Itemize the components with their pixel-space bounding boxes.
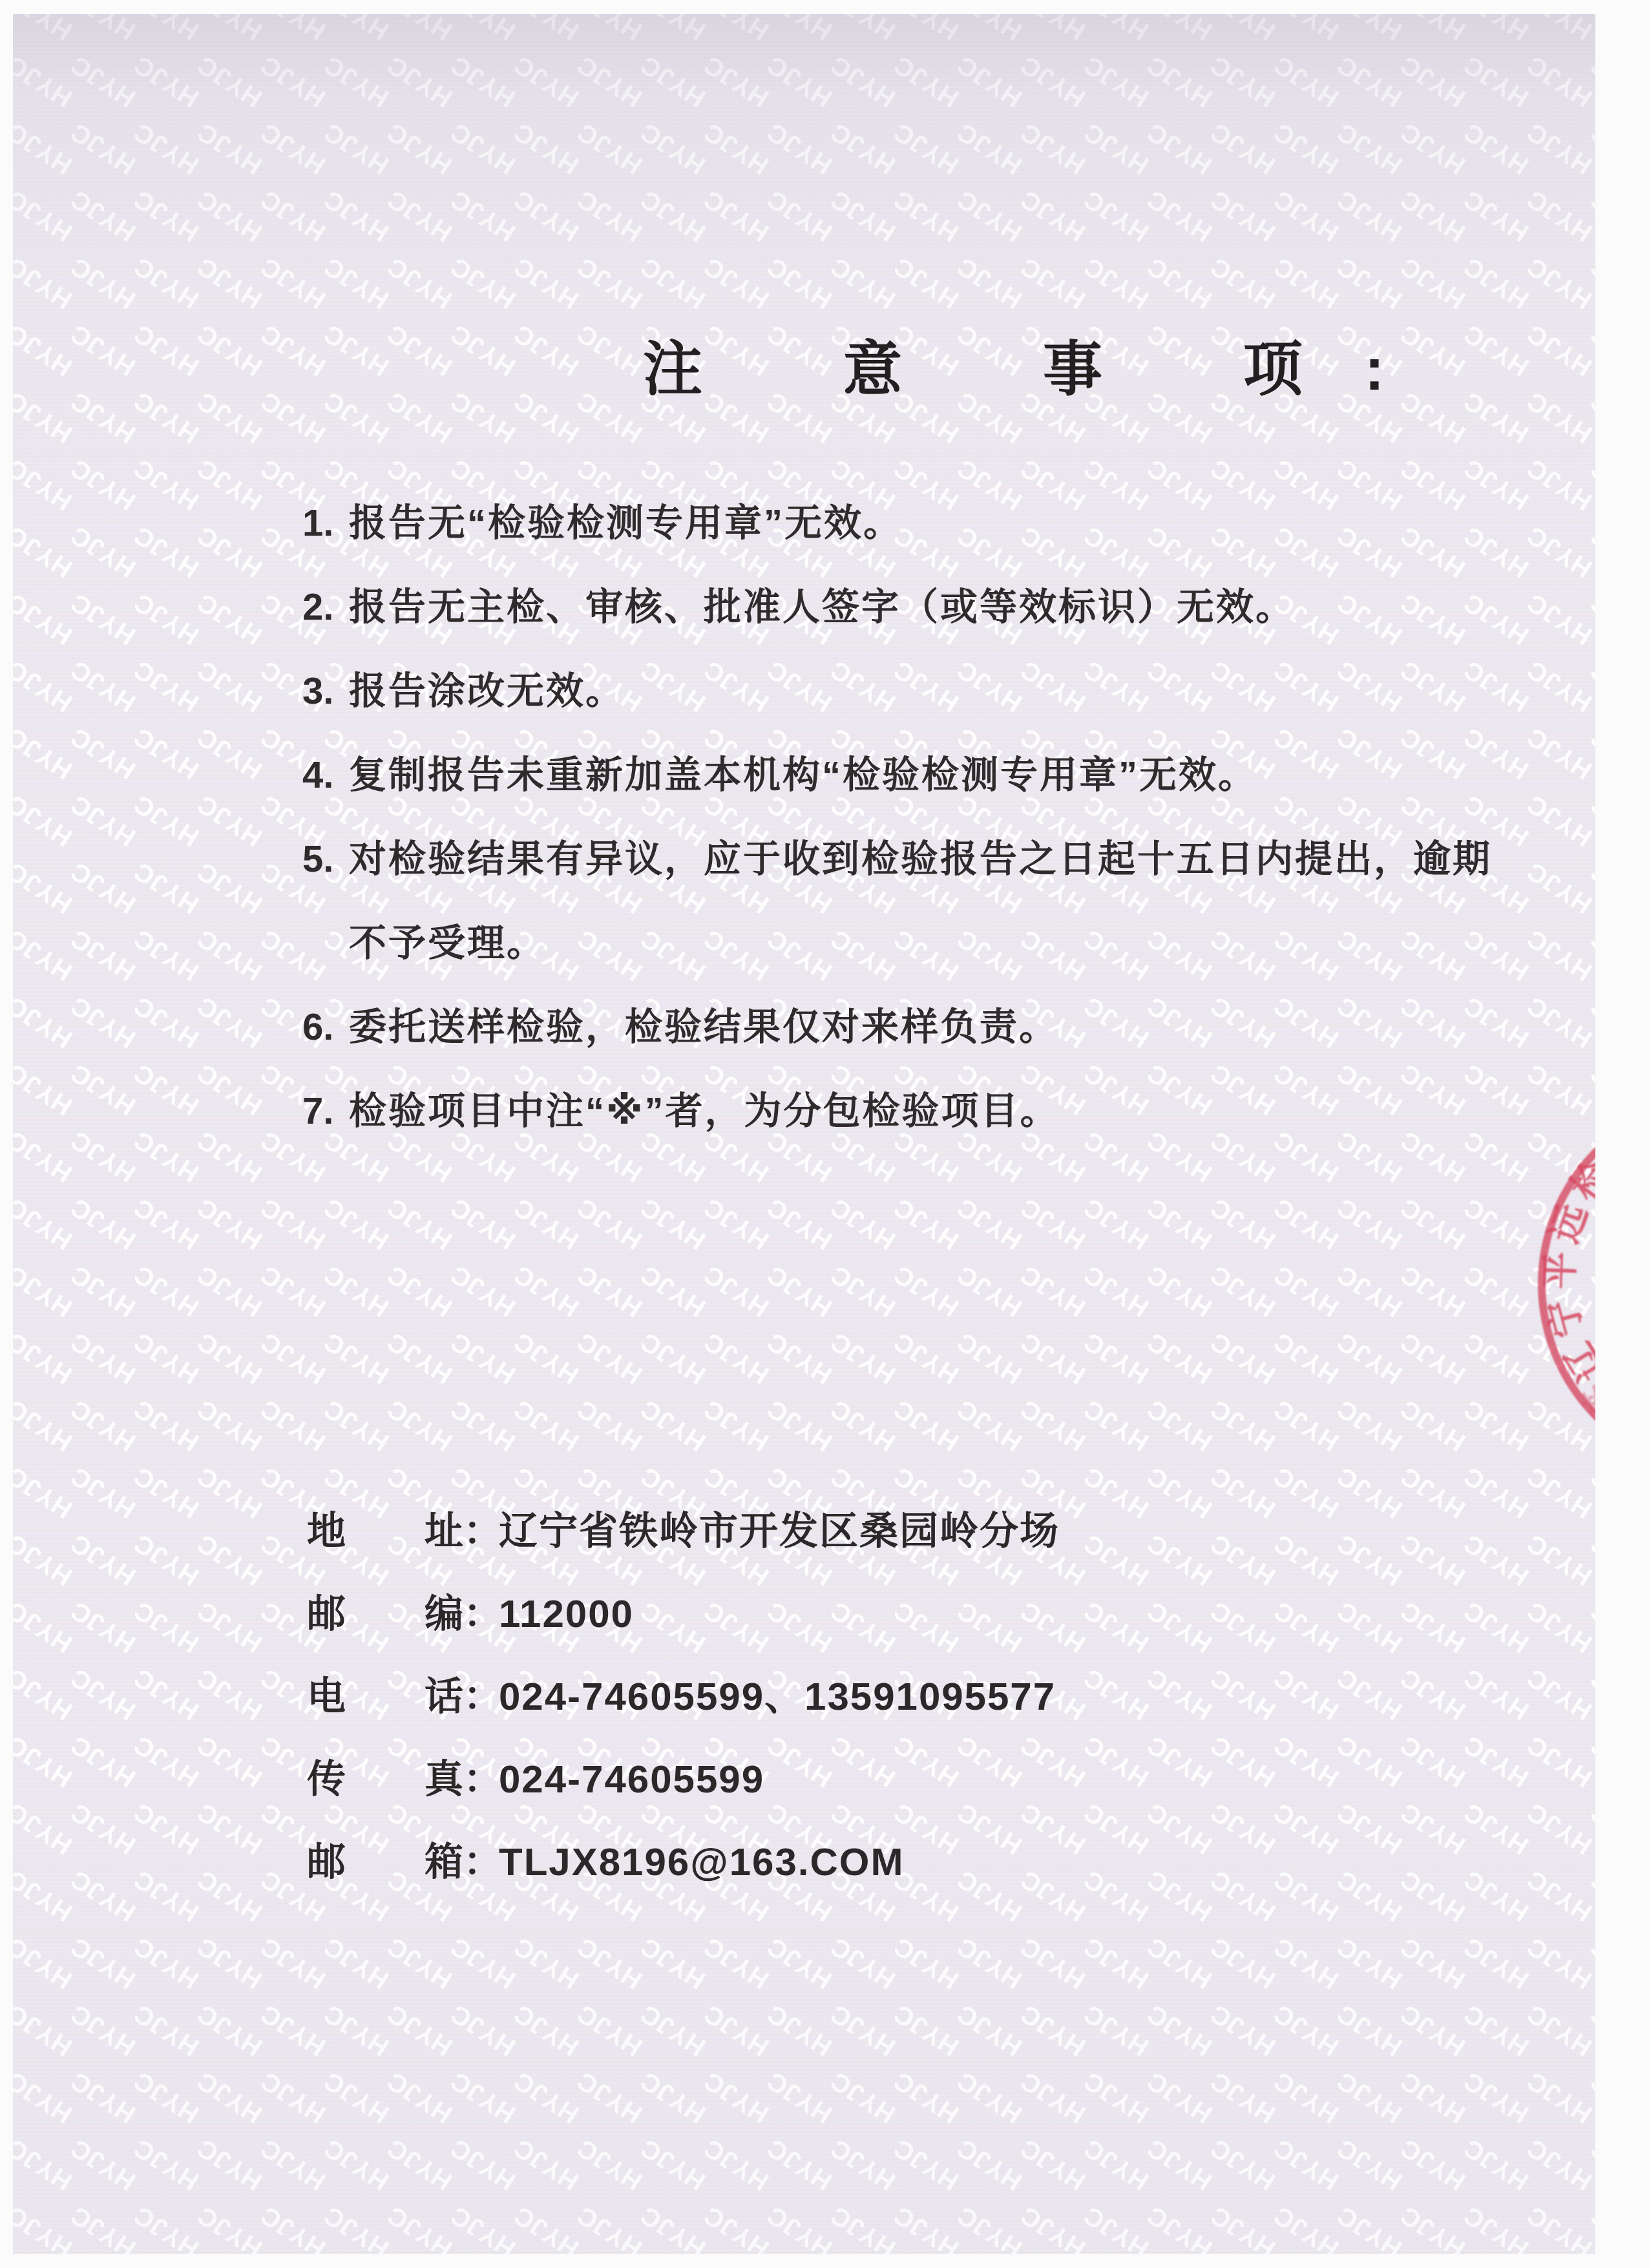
document-content: 注 意 事 项: 1.报告无“检验检测专用章”无效。2.报告无主检、审核、批准人…: [0, 0, 1649, 2268]
note-text: 报告涂改无效。: [349, 649, 1465, 733]
contact-label-char: 编: [425, 1573, 463, 1655]
note-number: 2.: [302, 565, 349, 649]
contact-row: 地址：辽宁省铁岭市开发区桑园岭分场: [307, 1490, 1405, 1573]
note-text: 不予受理。: [349, 901, 1465, 985]
note-text: 报告无主检、审核、批准人签字（或等效标识）无效。: [349, 565, 1465, 649]
contact-value: 024-74605599: [499, 1738, 764, 1821]
contact-colon: ：: [463, 1821, 499, 1904]
contact-colon: ：: [463, 1573, 499, 1655]
contact-label: 邮箱: [307, 1821, 463, 1904]
note-number: 1.: [302, 481, 349, 565]
note-number: 4.: [302, 733, 349, 817]
note-text: 对检验结果有异议，应于收到检验报告之日起十五日内提出，逾期: [349, 817, 1492, 901]
contact-colon: ：: [463, 1655, 499, 1738]
note-line: 5.对检验结果有异议，应于收到检验报告之日起十五日内提出，逾期: [302, 817, 1465, 901]
contact-label-char: 真: [425, 1738, 463, 1821]
note-text: 报告无“检验检测专用章”无效。: [349, 481, 1465, 565]
note-line: 不予受理。: [302, 901, 1465, 985]
note-number: 7.: [302, 1069, 349, 1153]
note-line: 3.报告涂改无效。: [302, 649, 1465, 733]
note-number: [302, 901, 349, 985]
page-title: 注 意 事 项:: [643, 337, 1446, 403]
contact-label-char: 邮: [307, 1821, 346, 1904]
contact-block: 地址：辽宁省铁岭市开发区桑园岭分场邮编：112000电话：024-7460559…: [307, 1490, 1405, 1904]
note-line: 2.报告无主检、审核、批准人签字（或等效标识）无效。: [302, 565, 1465, 649]
contact-value: 024-74605599、13591095577: [499, 1655, 1056, 1738]
contact-row: 传真：024-74605599: [307, 1738, 1405, 1821]
note-number: 6.: [302, 985, 349, 1069]
contact-label-char: 地: [307, 1490, 346, 1573]
contact-label: 传真: [307, 1738, 463, 1821]
note-line: 7.检验项目中注“※”者，为分包检验项目。: [302, 1069, 1465, 1153]
note-text: 复制报告未重新加盖本机构“检验检测专用章”无效。: [349, 733, 1465, 817]
contact-label: 地址: [307, 1490, 463, 1573]
contact-label: 电话: [307, 1655, 463, 1738]
contact-row: 邮编：112000: [307, 1573, 1405, 1655]
contact-label-char: 址: [425, 1490, 463, 1573]
scanned-notice-page: { "watermark": { "text": "HYJC" }, "noti…: [0, 0, 1649, 2268]
note-line: 4.复制报告未重新加盖本机构“检验检测专用章”无效。: [302, 733, 1465, 817]
contact-label: 邮编: [307, 1573, 463, 1655]
note-number: 3.: [302, 649, 349, 733]
notes-list: 1.报告无“检验检测专用章”无效。2.报告无主检、审核、批准人签字（或等效标识）…: [302, 481, 1465, 1153]
note-text: 检验项目中注“※”者，为分包检验项目。: [349, 1069, 1465, 1153]
contact-row: 电话：024-74605599、13591095577: [307, 1655, 1405, 1738]
contact-value: 辽宁省铁岭市开发区桑园岭分场: [499, 1490, 1060, 1573]
contact-label-char: 箱: [425, 1821, 463, 1904]
contact-label-char: 传: [307, 1738, 346, 1821]
note-number: 5.: [302, 817, 349, 901]
contact-label-char: 邮: [307, 1573, 346, 1655]
contact-colon: ：: [463, 1490, 499, 1573]
contact-value: TLJX8196@163.COM: [499, 1821, 904, 1904]
note-line: 6.委托送样检验，检验结果仅对来样负责。: [302, 985, 1465, 1069]
note-text: 委托送样检验，检验结果仅对来样负责。: [349, 985, 1465, 1069]
contact-label-char: 电: [307, 1655, 346, 1738]
contact-label-char: 话: [425, 1655, 463, 1738]
contact-row: 邮箱：TLJX8196@163.COM: [307, 1821, 1405, 1904]
note-line: 1.报告无“检验检测专用章”无效。: [302, 481, 1465, 565]
contact-colon: ：: [463, 1738, 499, 1821]
contact-value: 112000: [499, 1573, 634, 1655]
